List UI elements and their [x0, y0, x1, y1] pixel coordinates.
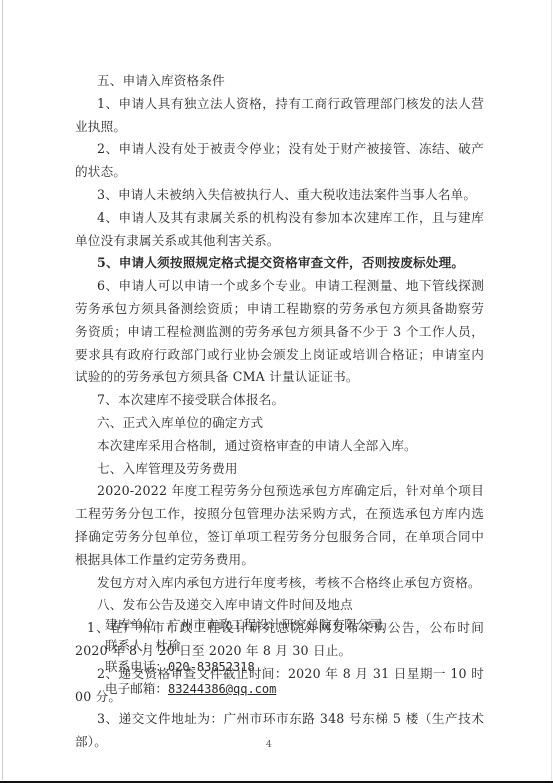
organization-label: 建库单位： — [105, 617, 168, 632]
section-5-item-6: 6、申请人可以申请一个或多个专业。申请工程测量、地下管线探测劳务承包方须具备测绘… — [75, 275, 484, 389]
contact-person: 联系人：杜瑜 — [105, 635, 382, 656]
scan-edge-right — [551, 0, 552, 780]
person-label: 联系人： — [105, 638, 155, 653]
section-7-body-2: 发包方对入库内承包方进行年度考核，考核不合格终止承包方资格。 — [75, 572, 484, 595]
section-5-item-4: 4、申请人及其有隶属关系的机构没有参加本次建库工作，且与建库单位没有隶属关系或其… — [75, 207, 484, 253]
section-7-body-1: 2020-2022 年度工程劳务分包预选承包方库确定后，针对单个项目工程劳务分包… — [75, 480, 484, 571]
phone-value: 020-83852318 — [168, 660, 255, 674]
section-6-title: 六、正式入库单位的确定方式 — [75, 412, 484, 435]
contact-phone: 联系电话：020-83852318 — [105, 656, 382, 678]
organization-value: 广州市市政工程设计研究总院有限公司 — [168, 617, 382, 632]
section-7-title: 七、入库管理及劳务费用 — [75, 458, 484, 481]
section-5-item-1: 1、申请人具有独立法人资格，持有工商行政管理部门核发的法人营业执照。 — [75, 93, 484, 139]
section-6-body: 本次建库采用合格制，通过资格审查的申请人全部入库。 — [75, 435, 484, 458]
contact-organization: 建库单位：广州市市政工程设计研究总院有限公司 — [105, 614, 382, 635]
scan-edge-left — [2, 0, 3, 780]
email-label: 电子邮箱： — [105, 681, 168, 696]
phone-label: 联系电话： — [105, 659, 168, 674]
contact-email: 电子邮箱：83244386@qq.com — [105, 678, 382, 700]
page-number: 4 — [266, 740, 272, 750]
contact-block: 建库单位：广州市市政工程设计研究总院有限公司 联系人：杜瑜 联系电话：020-8… — [105, 614, 382, 700]
section-5-item-7: 7、本次建库不接受联合体报名。 — [75, 389, 484, 412]
section-5-item-5: 5、申请人须按照规定格式提交资格审查文件，否则按废标处理。 — [75, 252, 484, 275]
email-link[interactable]: 83244386@qq.com — [168, 682, 276, 696]
section-5-item-2: 2、申请人没有处于被责令停业；没有处于财产被接管、冻结、破产的状态。 — [75, 138, 484, 184]
section-5-item-3: 3、申请人未被纳入失信被执行人、重大税收违法案件当事人名单。 — [75, 184, 484, 207]
person-value: 杜瑜 — [155, 638, 180, 653]
section-8-item-3: 3、递交文件地址为：广州市环市东路 348 号东梯 5 楼（生产技术部）。 — [75, 708, 484, 754]
section-5-title: 五、申请入库资格条件 — [75, 70, 484, 93]
